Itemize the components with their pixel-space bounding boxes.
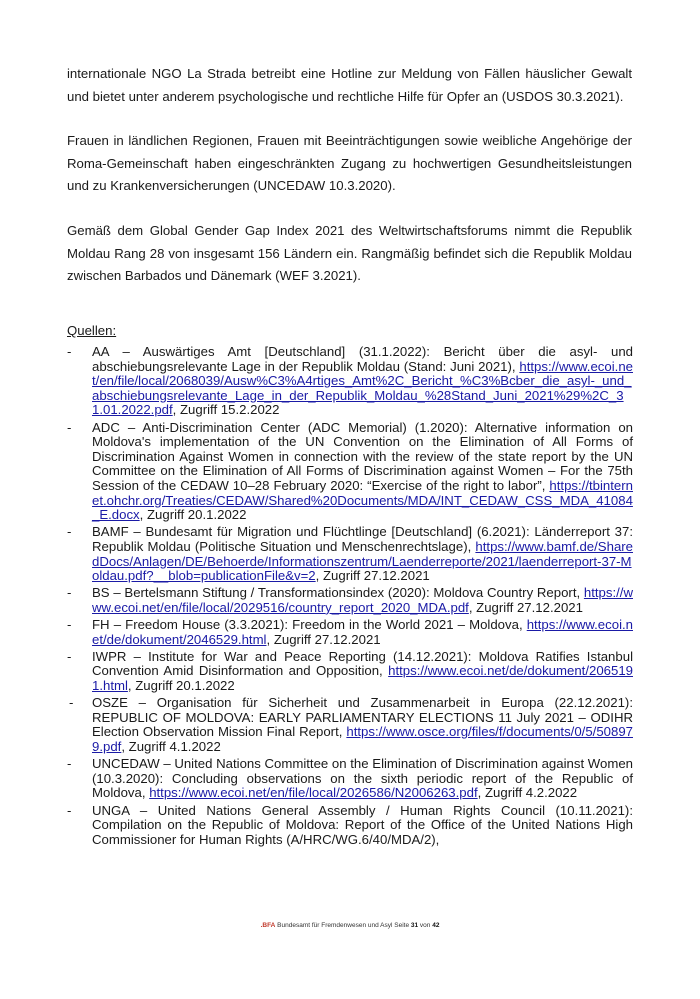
source-accessed: , Zugriff 20.1.2022 xyxy=(140,507,247,522)
source-text: BS – Bertelsmann Stiftung / Transformati… xyxy=(92,585,584,600)
bullet-dash: - xyxy=(67,650,71,665)
body-paragraph: internationale NGO La Strada betreibt ei… xyxy=(67,63,632,108)
source-item: - ADC – Anti-Discrimination Center (ADC … xyxy=(67,421,633,523)
footer-of: von xyxy=(418,922,432,929)
source-accessed: , Zugriff 27.12.2021 xyxy=(469,600,583,615)
bullet-dash: - xyxy=(67,345,71,360)
source-item: - IWPR – Institute for War and Peace Rep… xyxy=(67,650,633,694)
body-paragraph: Gemäß dem Global Gender Gap Index 2021 d… xyxy=(67,220,632,288)
page-total: 42 xyxy=(432,922,439,929)
source-link[interactable]: https://www.ecoi.net/en/file/local/20265… xyxy=(149,785,477,800)
source-accessed: , Zugriff 27.12.2021 xyxy=(316,568,430,583)
body-paragraph: Frauen in ländlichen Regionen, Frauen mi… xyxy=(67,130,632,198)
source-accessed: , Zugriff 15.2.2022 xyxy=(173,402,280,417)
source-accessed: , Zugriff 27.12.2021 xyxy=(267,632,381,647)
source-item: - FH – Freedom House (3.3.2021): Freedom… xyxy=(67,618,633,647)
source-text: UNGA – United Nations General Assembly /… xyxy=(92,803,633,847)
source-accessed: , Zugriff 20.1.2022 xyxy=(128,678,235,693)
source-accessed: , Zugriff 4.2.2022 xyxy=(478,785,577,800)
footer-org: Bundesamt für Fremdenwesen und Asyl Seit… xyxy=(275,922,411,929)
bullet-dash: - xyxy=(67,804,71,819)
bullet-dash: - xyxy=(67,525,71,540)
bullet-dash: - xyxy=(67,586,71,601)
source-item: - OSZE – Organisation für Sicherheit und… xyxy=(67,696,633,754)
bullet-dash: - xyxy=(69,696,73,711)
bfa-logo: .BFA xyxy=(261,922,276,929)
source-item: - AA – Auswärtiges Amt [Deutschland] (31… xyxy=(67,345,633,418)
sources-heading: Quellen: xyxy=(67,323,116,338)
source-accessed: , Zugriff 4.1.2022 xyxy=(121,739,220,754)
source-item: - BS – Bertelsmann Stiftung / Transforma… xyxy=(67,586,633,615)
source-text: FH – Freedom House (3.3.2021): Freedom i… xyxy=(92,617,527,632)
bullet-dash: - xyxy=(67,618,71,633)
bullet-dash: - xyxy=(67,421,71,436)
source-item: - UNGA – United Nations General Assembly… xyxy=(67,804,633,848)
sources-list: - AA – Auswärtiges Amt [Deutschland] (31… xyxy=(67,345,633,850)
source-item: - BAMF – Bundesamt für Migration und Flü… xyxy=(67,525,633,583)
bullet-dash: - xyxy=(67,757,71,772)
document-page: internationale NGO La Strada betreibt ei… xyxy=(0,0,700,999)
page-footer: .BFA Bundesamt für Fremdenwesen und Asyl… xyxy=(0,922,700,929)
source-item: - UNCEDAW – United Nations Committee on … xyxy=(67,757,633,801)
